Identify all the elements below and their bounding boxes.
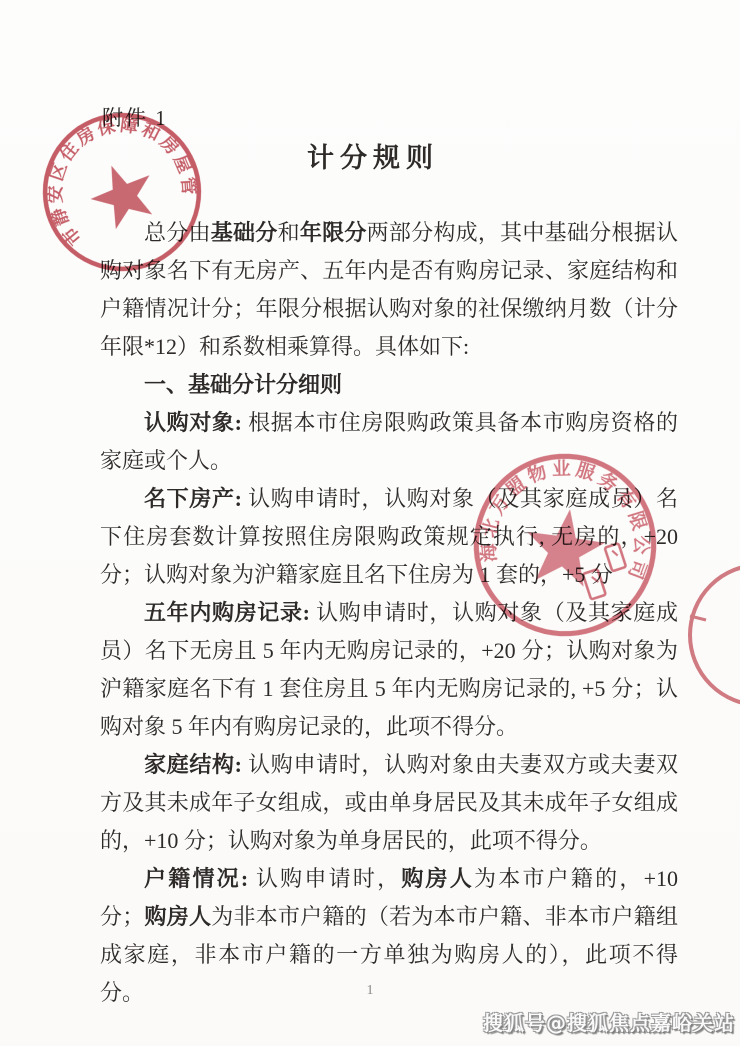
text: 和 — [278, 220, 300, 245]
bold-text: 认购对象: — [144, 410, 242, 435]
bold-text: 一、基础分计分细则 — [144, 372, 342, 397]
paragraph: 家庭结构: 认购申请时，认购对象由夫妻双方或夫妻双方及其未成年子女组成，或由单身… — [100, 746, 678, 860]
section-heading: 一、基础分计分细则 — [100, 366, 678, 404]
page-number: 1 — [0, 983, 740, 999]
paragraph: 认购对象: 根据本市住房限购政策具备本市购房资格的家庭或个人。 — [100, 404, 678, 480]
bold-text: 购房人 — [401, 866, 474, 891]
bold-text: 五年内购房记录: — [144, 600, 310, 625]
text: 认购申请时， — [248, 866, 401, 891]
page-title: 计分规则 — [0, 136, 740, 175]
bold-text: 年限分 — [300, 220, 367, 245]
bold-text: 基础分 — [211, 220, 278, 245]
paragraph: 名下房产: 认购申请时，认购对象（及其家庭成员）名下住房套数计算按照住房限购政策… — [100, 480, 678, 594]
bold-text: 名下房产: — [144, 486, 242, 511]
attachment-label: 附件 1 — [102, 102, 168, 132]
document-page: 附件 1 计分规则 总分由基础分和年限分两部分构成，其中基础分根据认购对象名下有… — [0, 0, 740, 1046]
text: 总分由 — [144, 220, 211, 245]
watermark-text: 搜狐号@搜狐焦点嘉峪关站 — [483, 1007, 735, 1036]
bold-text: 户籍情况: — [144, 866, 248, 891]
paragraph: 五年内购房记录: 认购申请时，认购对象（及其家庭成员）名下无房且 5 年内无购房… — [100, 594, 678, 746]
paragraph: 总分由基础分和年限分两部分构成，其中基础分根据认购对象名下有无房产、五年内是否有… — [100, 214, 678, 366]
bold-text: 家庭结构: — [144, 752, 242, 777]
bold-text: 购房人 — [144, 904, 211, 929]
document-body: 总分由基础分和年限分两部分构成，其中基础分根据认购对象名下有无房产、五年内是否有… — [100, 214, 678, 1012]
